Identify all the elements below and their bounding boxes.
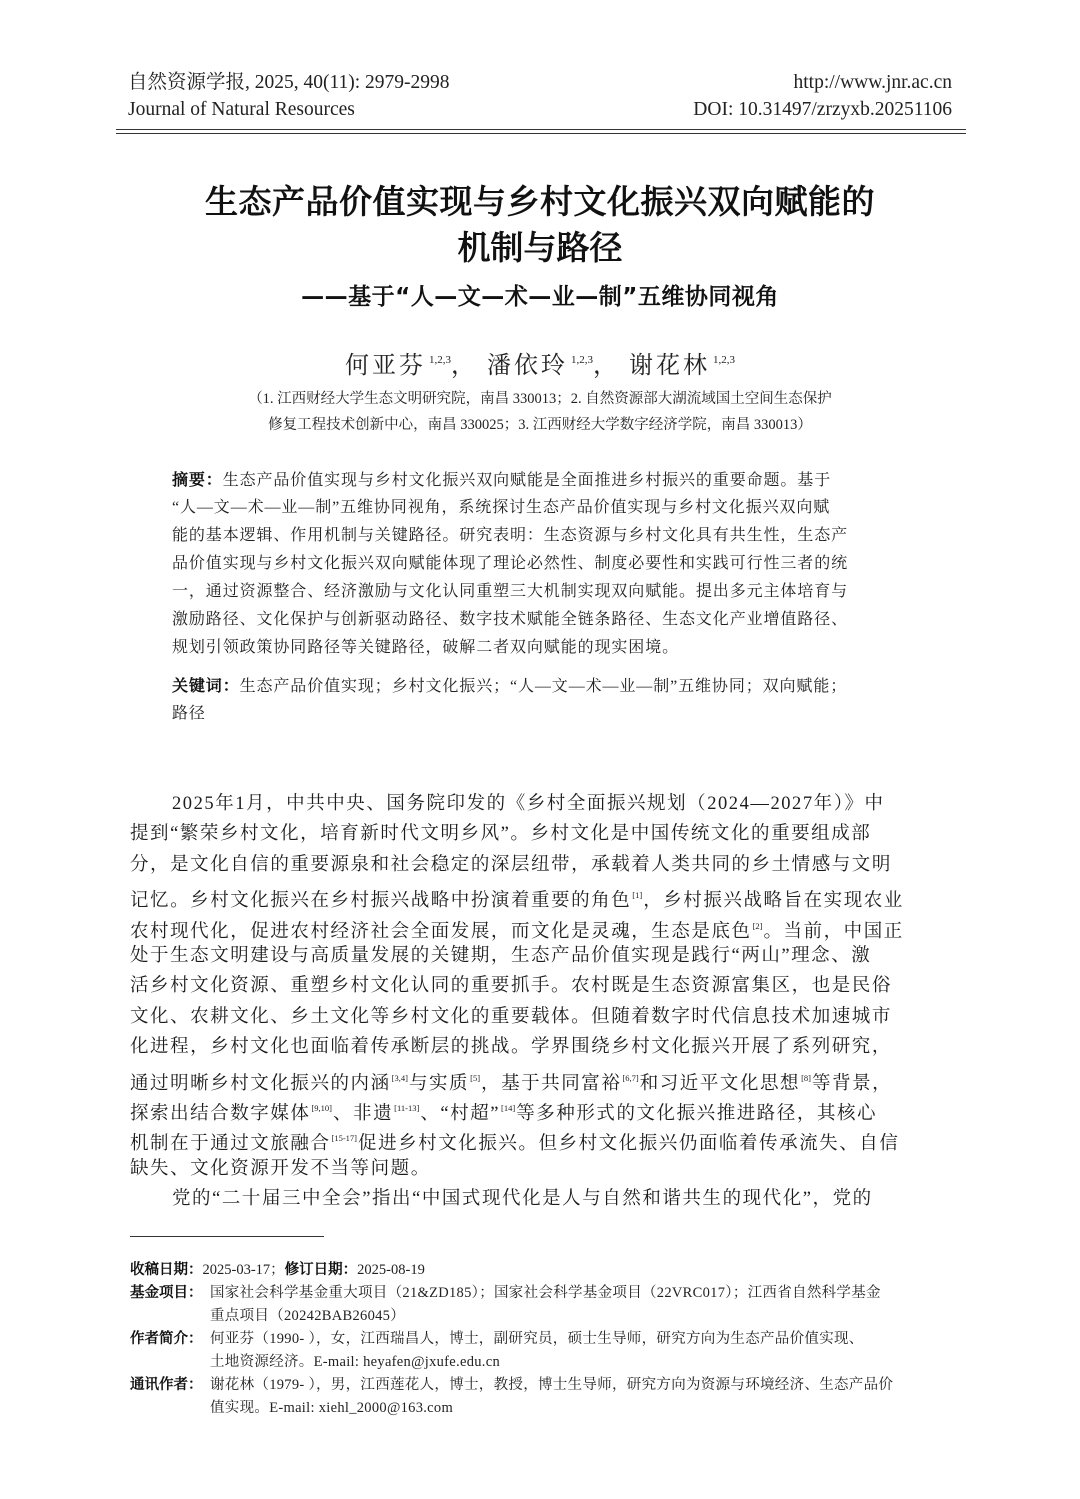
footnote-separator <box>130 1236 324 1237</box>
citation-ref[interactable]: [5] <box>470 1073 480 1083</box>
citation-ref[interactable]: [2] <box>753 921 763 931</box>
body-paragraph-line: 提到“繁荣乡村文化，培育新时代文明乡风”。乡村文化是中国传统文化的重要组成部 <box>130 820 871 848</box>
revised-date: 2025-08-19 <box>357 1262 425 1278</box>
body-paragraph-line: 探索出结合数字媒体[9,10]、非遗[11-13]、“村超”[14]等多种形式的… <box>130 1094 877 1128</box>
citation-ref[interactable]: [15-17] <box>332 1133 358 1143</box>
article-title-line2: 机制与路径 <box>0 226 1080 270</box>
author-separator: ， <box>593 353 620 379</box>
author-name: 潘依玲 <box>487 353 568 379</box>
abstract-label: 摘要： <box>172 470 223 489</box>
body-paragraph-line: 处于生态文明建设与高质量发展的关键期，生态产品价值实现是践行“两山”理念、激 <box>130 942 871 970</box>
author-affiliation-mark: 1,2,3 <box>713 354 735 366</box>
body-paragraph-line: 党的“二十届三中全会”指出“中国式现代化是人与自然和谐共生的现代化”，党的 <box>172 1185 873 1213</box>
abstract-line: 激励路径、文化保护与创新驱动路径、数字技术赋能全链条路径、生态文化产业增值路径、 <box>172 608 848 632</box>
article-title-line1: 生态产品价值实现与乡村文化振兴双向赋能的 <box>0 180 1080 224</box>
keywords-label: 关键词： <box>172 676 240 695</box>
abstract-line: 规划引领政策协同路径等关键路径，破解二者双向赋能的现实困境。 <box>172 636 679 660</box>
citation-ref[interactable]: [11-13] <box>394 1103 419 1113</box>
keywords-line: 关键词：生态产品价值实现；乡村文化振兴；“人—文—术—业—制”五维协同；双向赋能… <box>172 674 847 699</box>
citation-ref[interactable]: [3,4] <box>392 1073 408 1083</box>
journal-citation: 自然资源学报, 2025, 40(11): 2979-2998 <box>128 71 450 95</box>
journal-name-en: Journal of Natural Resources <box>128 98 355 122</box>
author-intro-line2: 土地资源经济。E-mail: heyafen@jxufe.edu.cn <box>210 1351 500 1373</box>
body-paragraph-line: 缺失、文化资源开发不当等问题。 <box>130 1155 431 1183</box>
received-label: 收稿日期： <box>130 1262 203 1278</box>
fund-label: 基金项目： <box>130 1282 203 1304</box>
abstract-line: “人—文—术—业—制”五维协同视角，系统探讨生态产品价值实现与乡村文化振兴双向赋 <box>172 496 830 520</box>
corresponding-author-line2: 值实现。E-mail: xiehl_2000@163.com <box>210 1397 453 1419</box>
author-intro-label: 作者简介： <box>130 1328 203 1350</box>
header-rule-bottom <box>116 133 966 134</box>
author-separator: ， <box>451 353 478 379</box>
author-intro-line1: 何亚芬（1990- ），女，江西瑞昌人，博士，副研究员，硕士生导师，研究方向为生… <box>210 1328 864 1350</box>
citation-ref[interactable]: [9,10] <box>311 1103 332 1113</box>
author-affiliation-mark: 1,2,3 <box>429 354 451 366</box>
body-paragraph-line: 记忆。乡村文化振兴在乡村振兴战略中扮演着重要的角色[1]，乡村振兴战略旨在实现农… <box>130 881 904 915</box>
received-date: 2025-03-17 <box>203 1262 271 1278</box>
journal-url[interactable]: http://www.jnr.ac.cn <box>794 71 953 95</box>
fund-text-line1: 国家社会科学基金重大项目（21&ZD185）；国家社会科学基金项目（22VRC0… <box>210 1282 881 1304</box>
abstract-line: 能的基本逻辑、作用机制与关键路径。研究表明：生态资源与乡村文化具有共生性，生态产 <box>172 524 848 548</box>
header-rule-top <box>116 129 966 130</box>
body-paragraph-line: 文化、农耕文化、乡土文化等乡村文化的重要载体。但随着数字时代信息技术加速城市 <box>130 1003 892 1031</box>
body-paragraph-line: 通过明晰乡村文化振兴的内涵[3,4]与实质[5]，基于共同富裕[6,7]和习近平… <box>130 1064 892 1098</box>
corresponding-author-label: 通讯作者： <box>130 1374 203 1396</box>
abstract-line: 一，通过资源整合、经济激励与文化认同重塑三大机制实现双向赋能。提出多元主体培育与 <box>172 580 848 604</box>
author-list: 何亚芬1,2,3， 潘依玲1,2,3， 谢花林1,2,3 <box>0 343 1080 383</box>
abstract-line: 摘要：生态产品价值实现与乡村文化振兴双向赋能是全面推进乡村振兴的重要命题。基于 <box>172 468 831 493</box>
citation-ref[interactable]: [1] <box>632 890 642 900</box>
article-subtitle: ——基于“人—文—术—业—制”五维协同视角 <box>0 281 1080 313</box>
body-paragraph-line: 化进程，乡村文化也面临着传承断层的挑战。学界围绕乡村文化振兴开展了系列研究， <box>130 1033 892 1061</box>
corresponding-author-line1: 谢花林（1979- ），男，江西莲花人，博士，教授，博士生导师，研究方向为资源与… <box>210 1374 893 1396</box>
fund-text-line2: 重点项目（20242BAB26045） <box>210 1305 405 1327</box>
doi[interactable]: DOI: 10.31497/zrzyxb.20251106 <box>693 98 952 122</box>
author-affiliation-mark: 1,2,3 <box>571 354 593 366</box>
body-paragraph-line: 机制在于通过文旅融合[15-17]促进乡村文化振兴。但乡村文化振兴仍面临着传承流… <box>130 1124 899 1158</box>
abstract-line: 品价值实现与乡村文化振兴双向赋能体现了理论必然性、制度必要性和实践可行性三者的统 <box>172 552 848 576</box>
body-paragraph-line: 活乡村文化资源、重塑乡村文化认同的重要抓手。农村既是生态资源富集区，也是民俗 <box>130 972 892 1000</box>
author-name: 何亚芬 <box>345 353 426 379</box>
citation-ref[interactable]: [6,7] <box>622 1073 638 1083</box>
body-paragraph-line: 2025年1月，中共中央、国务院印发的《乡村全面振兴规划（2024—2027年）… <box>172 790 885 818</box>
affiliation-line2: 修复工程技术创新中心，南昌 330025；3. 江西财经大学数字经济学院，南昌 … <box>0 414 1080 436</box>
body-paragraph-line: 分，是文化自信的重要源泉和社会稳定的深层纽带，承载着人类共同的乡土情感与文明 <box>130 851 892 879</box>
keywords-line: 路径 <box>172 702 206 726</box>
body-paragraph-line: 农村现代化，促进农村经济社会全面发展，而文化是灵魂，生态是底色[2]。当前，中国… <box>130 912 904 946</box>
received-revised-dates: 收稿日期：2025-03-17；修订日期：2025-08-19 <box>130 1259 425 1281</box>
author-name: 谢花林 <box>629 353 710 379</box>
citation-ref[interactable]: [8] <box>801 1073 811 1083</box>
revised-label: 修订日期： <box>285 1262 358 1278</box>
affiliation-line1: （1. 江西财经大学生态文明研究院，南昌 330013；2. 自然资源部大湖流域… <box>0 388 1080 410</box>
citation-ref[interactable]: [14] <box>501 1103 515 1113</box>
